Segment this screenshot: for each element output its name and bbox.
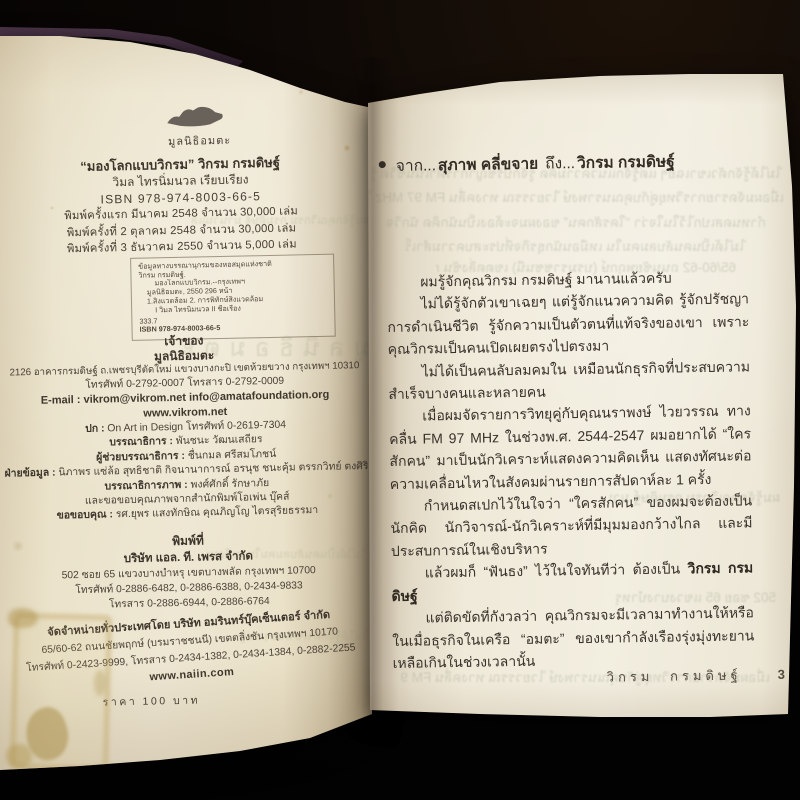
foundation-name: มูลนิธิอมตะ (124, 130, 274, 151)
ghost-text: ไม่ได้เป็นคนลับลมคมใน เหมือนนักธุรกิจที่… (206, 546, 366, 564)
credits-block: ปก : On Art in Design โทรศัพท์ 0-2619-73… (0, 417, 372, 526)
stain-blob (94, 670, 106, 696)
ghost-text: มูลนิธิอมตะ (2, 328, 370, 368)
printer-fax: โทรสาร 0-2886-6944, 0-2886-6764 (3, 592, 372, 615)
credit-label: ขอขอบคุณ : (57, 510, 116, 522)
ghost-text: 502 ซอย 65 แขวงบางบำหรุ เขตบางพลัด กรุงเ… (616, 586, 776, 608)
paragraph: ผมรู้จักคุณวิกรม กรมดิษฐ์ มานานแล้วครับ (386, 265, 748, 293)
credit-label: บรรณาธิการภาพ : (104, 479, 190, 492)
cip-line: วิกรม กรมดิษฐ์. (138, 268, 326, 281)
paragraph: ไม่ได้รู้จักตัวเขาเฉยๆ แต่รู้จักแนวความค… (387, 288, 750, 361)
author-name-bold: วิกรม กรมดิษฐ์ (391, 560, 753, 604)
distributor-block: จัดจำหน่ายทั่วประเทศโดย บริษัท อมรินทร์บ… (0, 603, 372, 696)
book-cover-edge (0, 26, 250, 74)
cip-line: มูลนิธิอมตะ, 2550 296 หน้า (139, 285, 327, 298)
left-page-shadow: ผมรู้จักคุณวิกรม กรมดิษฐ์ มานานแล้วครับ … (0, 0, 800, 800)
distributor-address: 65/60-62 ถนนชัยพฤกษ์ (บรมราชชนนี) เขตตลิ… (0, 621, 372, 662)
owner-name: มูลนิธิอมตะ (0, 345, 370, 367)
cip-isbn: ISBN 978-974-8003-66-5 (140, 322, 328, 335)
paragraph-text: แล้วผมก็ “ฟันธง” ไว้ในใจทันทีว่า ต้องเป็… (425, 561, 688, 581)
owner-address: 2126 อาคารกรมดิษฐ์ ถ.เพชรบุรีตัดใหม่ แขว… (0, 359, 371, 381)
gutter-shadow (328, 58, 414, 742)
body-text: ผมรู้จักคุณวิกรม กรมดิษฐ์ มานานแล้วครับ … (386, 265, 754, 674)
isbn-line: ISBN 978-974-8003-66-5 (1, 186, 361, 210)
credit-value: นิภาพร แซ่ล้อ สุทธิชาติ กิจนานาการณ์ อรน… (58, 461, 368, 478)
stain-blob (19, 703, 75, 765)
cip-line: มองโลกแบบวิกรม.--กรุงเทพฯ (139, 276, 327, 289)
ghost-text: ไม่ได้รู้จักตัวเขาเฉยๆ แต่รู้จักแนวความค… (238, 628, 368, 646)
ghost-text: กำหนดสเปกไว้ในใจว่า “ใครสักคน” ของผมจะต้… (386, 211, 766, 233)
ghost-text: ผมรู้จักคุณวิกรม กรมดิษฐ์ มานานแล้วครับ (610, 486, 780, 508)
amata-foundation-logo-icon (165, 103, 228, 130)
left-page-showthrough: ผมรู้จักคุณวิกรม กรมดิษฐ์ มานานแล้วครับ … (0, 26, 372, 778)
cip-line: 1.สิ่งแวดล้อม 2. การพิทักษ์สิ่งแวดล้อม (139, 294, 327, 307)
header-from-label: จาก... (396, 157, 436, 175)
credit-editor: บรรณาธิการ : พันชนะ วัฒนเสถียร (0, 431, 372, 453)
cip-line: ข้อมูลทางบรรณานุกรมของหอสมุดแห่งชาติ (138, 259, 326, 272)
right-page-shadow: ไม่ได้รู้จักตัวเขาเฉยๆ แต่รู้จักแนวความค… (0, 0, 800, 800)
page-footer: วิกรม กรมดิษฐ์3 (505, 664, 785, 689)
owner-email: E-mail : vikrom@vikrom.net info@amatafou… (0, 387, 371, 409)
right-page-paper (360, 66, 800, 726)
paragraph: กำหนดสเปกไว้ในใจว่า “ใครสักคน” ของผมจะต้… (390, 489, 753, 562)
chapter-header: จาก...สุภาพ คลี่ขจายถึง...วิกรม กรมดิษฐ์ (379, 148, 677, 178)
book-title: “มองโลกแบบวิกรม” วิกรม กรมดิษฐ์ (0, 153, 360, 177)
compiler-credit: วิมล ไทรนิ่มนวล เรียบเรียง (0, 169, 360, 193)
paper-stain (10, 612, 112, 772)
ghost-text: ไม่ได้รู้จักตัวเขาเฉยๆ แต่รู้จักแนวความค… (372, 162, 782, 184)
distributor-name: จัดจำหน่ายทั่วประเทศโดย บริษัท อมรินทร์บ… (0, 603, 372, 645)
stain-blob (6, 744, 32, 768)
left-page: ผมรู้จักคุณวิกรม กรมดิษฐ์ มานานแล้วครับ … (0, 26, 372, 778)
ghost-text: เมื่อผมจัดรายการวิทยุคู่กับคุณนราพงษ์ ไว… (360, 186, 784, 208)
ghost-text: ผมรู้จักคุณวิกรม กรมดิษฐ์ มานานแล้วครับ (190, 212, 370, 230)
credit-thanks: ขอขอบคุณ : รศ.ยุพร แสงทักษิณ คุณภิญโญ ไต… (1, 503, 372, 525)
stain-outline (10, 613, 112, 772)
cip-box: ข้อมูลทางบรรณานุกรมของหอสมุดแห่งชาติ วิก… (130, 254, 336, 341)
printer-block: พิมพ์ที่ บริษัท แอล. ที. เพรส จำกัด 502 … (2, 529, 372, 615)
ghost-text: ไม่ได้เป็นคนลับลมคมใน เหมือนนักธุรกิจที่… (406, 235, 746, 257)
running-author: วิกรม กรมดิษฐ์ (607, 668, 742, 685)
credit-research: ฝ่ายข้อมูล : นิภาพร แซ่ล้อ สุทธิชาติ กิจ… (0, 460, 372, 482)
credit-value: รศ.ยุพร แสงทักษิณ คุณภิญโญ ไตรสุริยธรรมา (116, 505, 319, 520)
credit-assistant-editor: ผู้ช่วยบรรณาธิการ : ชื่นกมล ศรีสมโภชน์ (0, 446, 372, 468)
credit-value: พงศ์ศักดิ์ รักษาภัย (190, 478, 269, 491)
bullet-icon (379, 161, 386, 168)
printing-line-1: พิมพ์ครั้งแรก มีนาคม 2548 จำนวน 30,000 เ… (1, 202, 361, 226)
left-page-paper (0, 26, 372, 778)
owner-heading: เจ้าของ (0, 330, 370, 353)
credit-label: บรรณาธิการ : (109, 436, 176, 448)
right-page: ไม่ได้รู้จักตัวเขาเฉยๆ แต่รู้จักแนวความค… (360, 66, 800, 726)
credit-value: On Art in Design โทรศัพท์ 0-2619-7304 (107, 420, 286, 435)
printer-company: บริษัท แอล. ที. เพรส จำกัด (2, 546, 372, 570)
credit-value: ชื่นกมล ศรีสมโภชน์ (188, 449, 277, 462)
stain-blob (8, 608, 38, 628)
printing-line-2: พิมพ์ครั้งที่ 2 ตุลาคม 2548 จำนวน 30,000… (1, 219, 361, 243)
credit-label: ผู้ช่วยบรรณาธิการ : (96, 451, 188, 464)
paragraph: ไม่ได้เป็นคนลับลมคมใน เหมือนนักธุรกิจที่… (388, 355, 751, 405)
dewey-number: 333.7 (139, 314, 327, 327)
printing-line-3: พิมพ์ครั้งที่ 3 ธันวาคม 2550 จำนวน 5,000… (2, 235, 362, 259)
price-label: ราคา 100 บาท (63, 691, 239, 712)
paragraph-emphasis: แล้วผมก็ “ฟันธง” ไว้ในใจทันทีว่า ต้องเป็… (391, 557, 754, 607)
paragraph: เมื่อผมจัดรายการวิทยุคู่กับคุณนราพงษ์ ไว… (389, 400, 752, 495)
left-page-content: มูลนิธิอมตะ “มองโลกแบบวิกรม” วิกรม กรมดิ… (0, 26, 372, 778)
credit-cover: ปก : On Art in Design โทรศัพท์ 0-2619-73… (0, 417, 372, 439)
credit-label: ปก : (85, 423, 107, 434)
owner-block: เจ้าของ มูลนิธิอมตะ 2126 อาคารกรมดิษฐ์ ถ… (0, 330, 371, 423)
open-book-photo: ผมรู้จักคุณวิกรม กรมดิษฐ์ มานานแล้วครับ … (0, 0, 800, 800)
credit-value: และขอขอบคุณภาพจากสำนักพิมพ์โอเพ่น บุ๊คส์ (85, 492, 290, 507)
printer-phone: โทรศัพท์ 0-2886-6482, 0-2886-6388, 0-243… (3, 577, 372, 600)
owner-website: www.vikrom.net (0, 401, 371, 423)
distributor-website: www.naiin.com (0, 655, 372, 696)
distributor-phone: โทรศัพท์ 0-2423-9999, โทรสาร 0-2434-1382… (0, 638, 372, 679)
credit-photo-editor: บรรณาธิการภาพ : พงศ์ศักดิ์ รักษาภัย (1, 475, 372, 497)
right-page-content: จาก...สุภาพ คลี่ขจายถึง...วิกรม กรมดิษฐ์… (360, 66, 800, 726)
header-recipient-name: วิกรม กรมดิษฐ์ (577, 153, 675, 172)
header-sender-name: สุภาพ คลี่ขจาย (438, 156, 539, 175)
title-block: “มองโลกแบบวิกรม” วิกรม กรมดิษฐ์ วิมล ไทร… (0, 153, 362, 259)
credit-photo-thanks: และขอขอบคุณภาพจากสำนักพิมพ์โอเพ่น บุ๊คส์ (1, 489, 372, 511)
printer-address: 502 ซอย 65 แขวงบางบำหรุ เขตบางพลัด กรุงเ… (3, 562, 372, 585)
paragraph: แต่ติดขัดที่กังวลว่า คุณวิกรมจะมีเวลามาท… (392, 601, 755, 674)
owner-phone: โทรศัพท์ 0-2792-0007 โทรสาร 0-2792-0009 (0, 373, 371, 395)
header-to-label: ถึง... (545, 155, 575, 172)
ghost-text: 65/60-62 ถนนชัยพฤกษ์ (บรมราชชนนี) เขตตลิ… (436, 256, 736, 278)
credit-value: พันชนะ วัฒนเสถียร (176, 435, 263, 448)
right-page-showthrough: ไม่ได้รู้จักตัวเขาเฉยๆ แต่รู้จักแนวความค… (360, 66, 800, 726)
ghost-text: เมื่อผมจัดรายการวิทยุคู่กับคุณนราพงษ์ ไว… (400, 666, 770, 688)
printer-heading: พิมพ์ที่ (2, 529, 372, 554)
cip-line: I วิมล ไทรนิ่มนวล II ชื่อเรื่อง (139, 302, 327, 315)
page-number: 3 (778, 667, 785, 682)
credit-label: ฝ่ายข้อมูล : (5, 468, 59, 480)
